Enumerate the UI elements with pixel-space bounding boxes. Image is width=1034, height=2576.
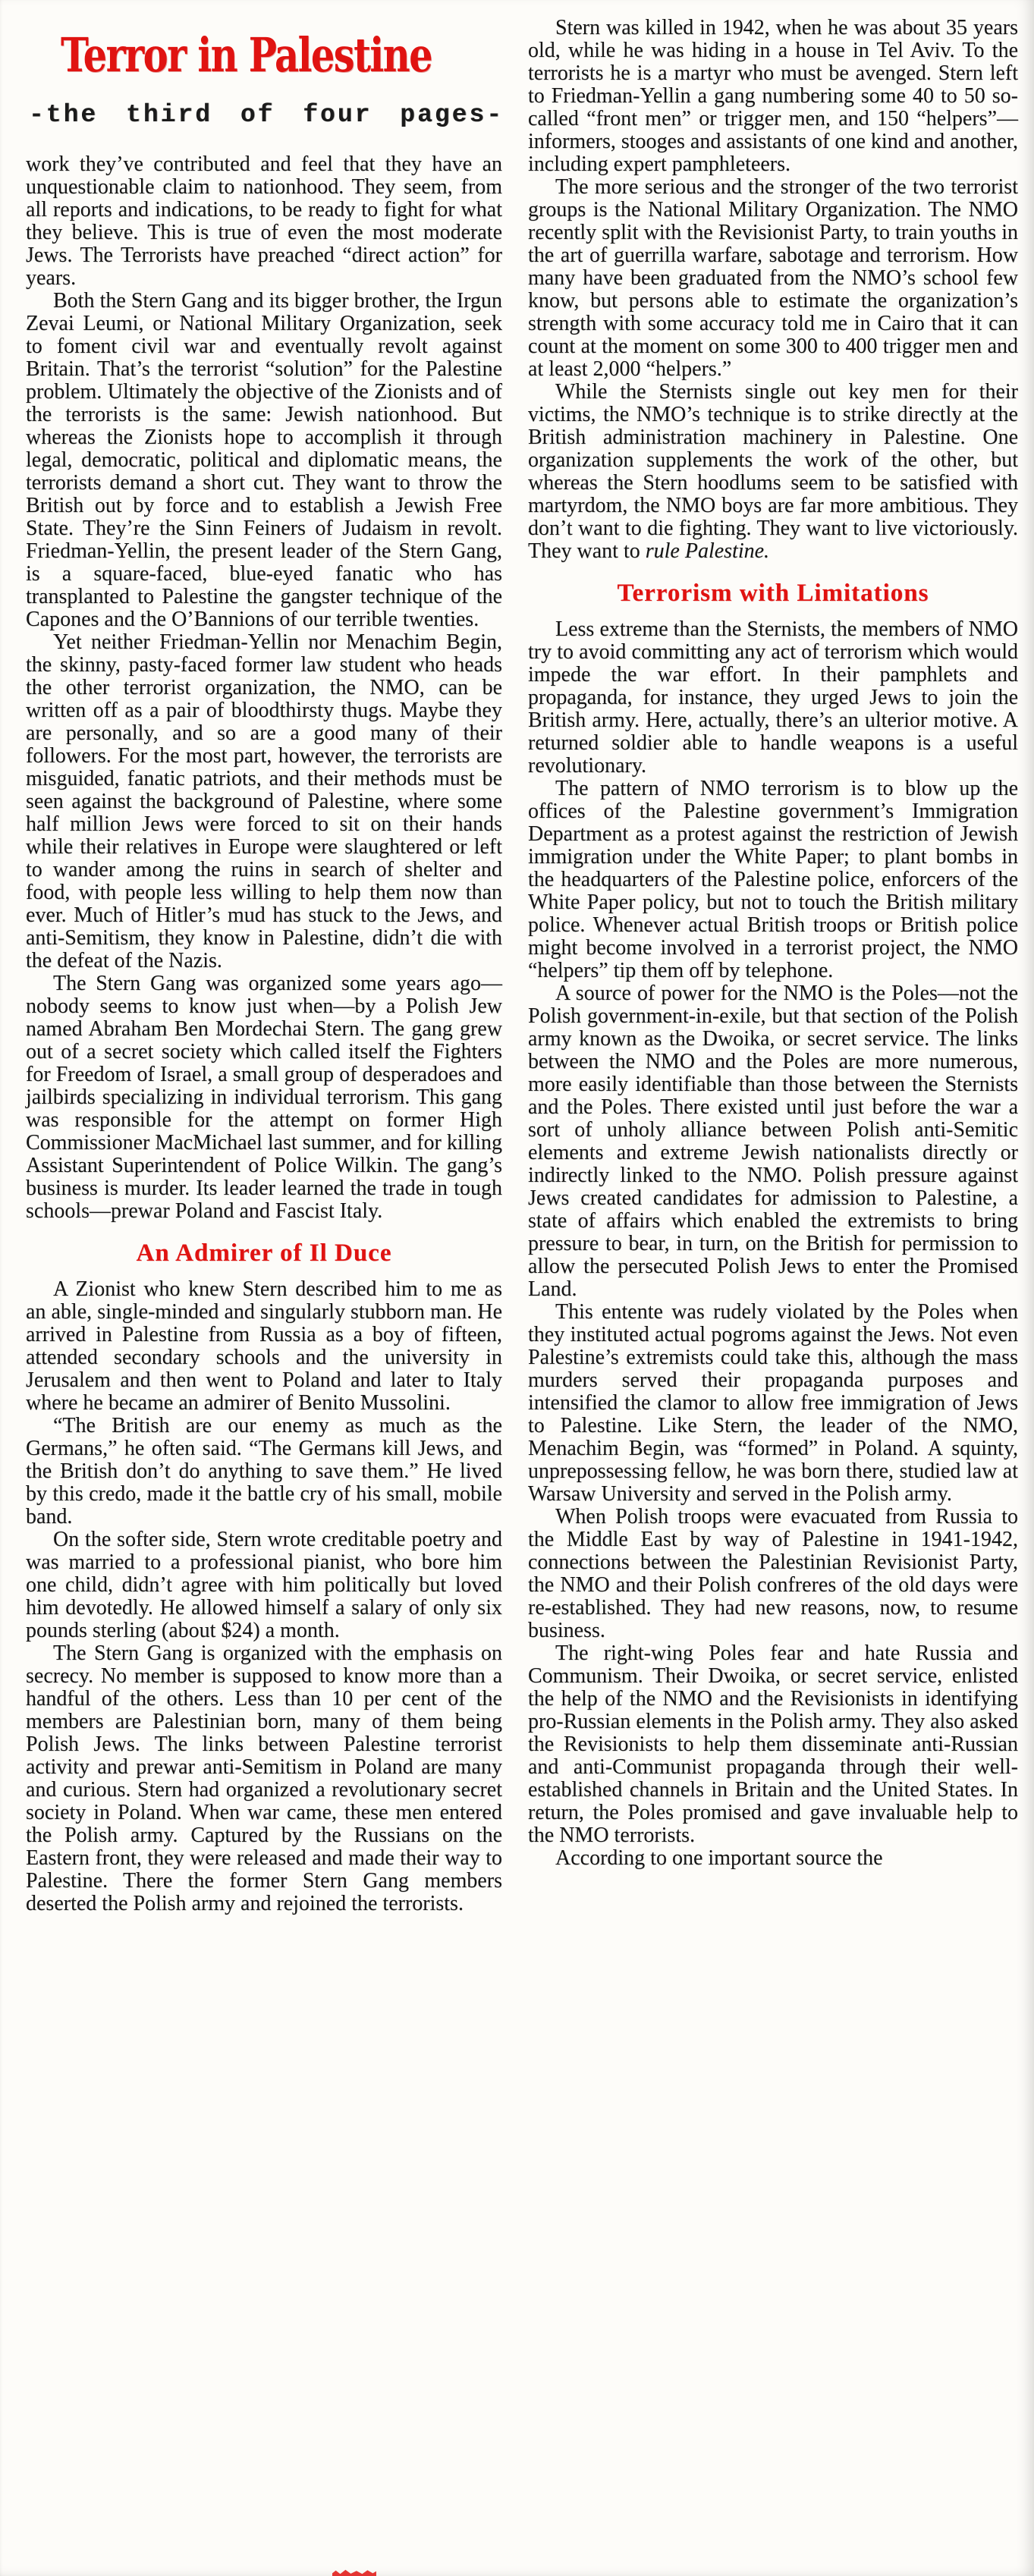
cropped-next-heading-artifact <box>332 2569 376 2576</box>
paragraph: Stern was killed in 1942, when he was ab… <box>528 17 1018 176</box>
paragraph-text: The Stern Gang was organized some years … <box>26 972 502 1223</box>
paragraph-text: “The British are our enemy as much as th… <box>26 1414 502 1528</box>
paragraph-text: This entente was rudely violated by the … <box>528 1300 1018 1506</box>
paragraph-text: Stern was killed in 1942, when he was ab… <box>528 16 1018 176</box>
paragraph-text: Both the Stern Gang and its bigger broth… <box>26 289 502 631</box>
left-column: Terror in Palestine -the third of four p… <box>26 0 502 1915</box>
paragraph: work they’ve contributed and feel that t… <box>26 153 502 290</box>
paragraph-text: Yet neither Friedman-Yellin nor Menachim… <box>26 630 502 972</box>
magazine-page: Terror in Palestine -the third of four p… <box>0 0 1034 2576</box>
paragraph: While the Sternists single out key men f… <box>528 381 1018 563</box>
paragraph-text: According to one important source the <box>555 1846 883 1870</box>
paragraph: A source of power for the NMO is the Pol… <box>528 982 1018 1301</box>
section-heading: An Admirer of Il Duce <box>26 1239 502 1268</box>
paragraph-text: A Zionist who knew Stern described him t… <box>26 1277 502 1415</box>
right-column: Stern was killed in 1942, when he was ab… <box>528 17 1018 1870</box>
paragraph: Less extreme than the Sternists, the mem… <box>528 618 1018 778</box>
paragraph: Both the Stern Gang and its bigger broth… <box>26 290 502 631</box>
paragraph-text: The more serious and the stronger of the… <box>528 175 1018 381</box>
paragraph-text: A source of power for the NMO is the Pol… <box>528 982 1018 1301</box>
paragraph: According to one important source the <box>528 1847 1018 1870</box>
section-heading: Terrorism with Limitations <box>528 580 1018 608</box>
article-subtitle: -the third of four pages- <box>29 101 502 129</box>
paragraph: Yet neither Friedman-Yellin nor Menachim… <box>26 631 502 972</box>
paragraph-text: The Stern Gang is organized with the emp… <box>26 1641 502 1915</box>
right-column-text: Stern was killed in 1942, when he was ab… <box>528 17 1018 1870</box>
paragraph: The right-wing Poles fear and hate Russi… <box>528 1642 1018 1847</box>
left-column-text: work they’ve contributed and feel that t… <box>26 153 502 1915</box>
paragraph: The Stern Gang is organized with the emp… <box>26 1642 502 1915</box>
paragraph-text: When Polish troops were evacuated from R… <box>528 1505 1018 1642</box>
paragraph-text: While the Sternists single out key men f… <box>528 380 1018 563</box>
paragraph: When Polish troops were evacuated from R… <box>528 1506 1018 1642</box>
paragraph-text: The right-wing Poles fear and hate Russi… <box>528 1641 1018 1847</box>
paragraph: The pattern of NMO terrorism is to blow … <box>528 778 1018 982</box>
paragraph-text: The pattern of NMO terrorism is to blow … <box>528 777 1018 982</box>
paragraph-text: Less extreme than the Sternists, the mem… <box>528 617 1018 778</box>
paragraph: The Stern Gang was organized some years … <box>26 972 502 1223</box>
paragraph-text: On the softer side, Stern wrote creditab… <box>26 1528 502 1642</box>
paragraph: A Zionist who knew Stern described him t… <box>26 1278 502 1415</box>
italic-phrase: rule Palestine. <box>646 539 769 563</box>
section-heading-text: Terrorism with Limitations <box>618 580 929 607</box>
section-heading-text: An Admirer of Il Duce <box>137 1239 392 1267</box>
article-title: Terror in Palestine <box>61 27 414 83</box>
paragraph: On the softer side, Stern wrote creditab… <box>26 1528 502 1642</box>
masthead: Terror in Palestine -the third of four p… <box>26 0 502 129</box>
paragraph-text: work they’ve contributed and feel that t… <box>26 152 502 290</box>
paragraph: The more serious and the stronger of the… <box>528 176 1018 381</box>
paragraph: “The British are our enemy as much as th… <box>26 1415 502 1528</box>
paragraph: This entente was rudely violated by the … <box>528 1301 1018 1506</box>
